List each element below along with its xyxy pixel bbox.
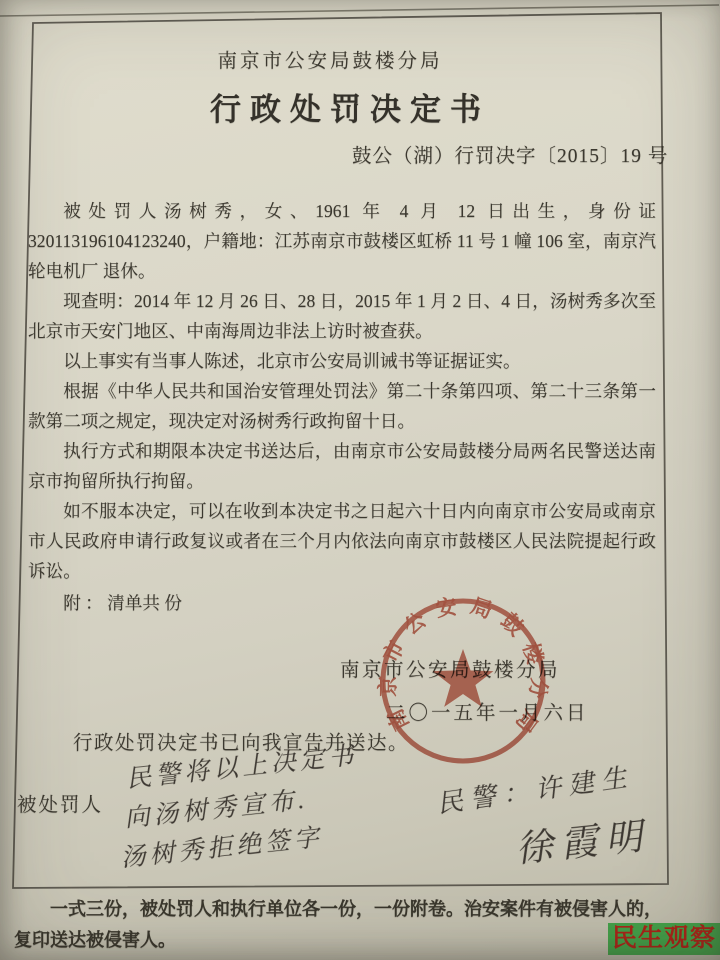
doc-number: 鼓公（湖）行罚决字〔2015〕19 号 [352, 140, 668, 168]
doc-title: 行政处罚决定书 [0, 84, 700, 129]
body-paragraph-4: 根据《中华人民共和国治安管理处罚法》第二十条第四项、第二十三条第一款第二项之规定… [28, 376, 656, 436]
site-watermark: 民生观察 [608, 923, 720, 955]
seal-star-icon [433, 649, 494, 707]
punished-person-label: 被处罚人 [17, 789, 103, 817]
agency-name: 南京市公安局鼓楼分局 [0, 45, 660, 73]
body-paragraph-2: 现查明：2014 年 12 月 26 日、28 日，2015 年 1 月 2 日… [28, 286, 656, 346]
document-photo: 南京市公安局鼓楼分局 行政处罚决定书 鼓公（湖）行罚决字〔2015〕19 号 被… [0, 0, 720, 960]
attachment-line: 附 ： 清单共 份 [28, 588, 656, 618]
handwritten-note: 民警将以上决定书 向汤树秀宣布. 汤树秀拒绝签字 [125, 736, 368, 877]
body-paragraph-5: 执行方式和期限本决定书送达后，由南京市公安局鼓楼分局两名民警送达南京市拘留所执行… [28, 436, 656, 496]
body-paragraph-1: 被处罚人汤树秀，女、1961 年 4 月 12 日出生，身份证 32011319… [28, 196, 656, 286]
body-paragraph-6: 如不服本决定，可以在收到本决定书之日起六十日内向南京市公安局或南京市人民政府申请… [28, 496, 656, 586]
doc-body: 被处罚人汤树秀，女、1961 年 4 月 12 日出生，身份证 32011319… [28, 196, 656, 618]
footer-note: 一式三份，被处罚人和执行单位各一份，一份附卷。治安案件有被侵害人的，复印送达被侵… [14, 894, 669, 956]
body-paragraph-3: 以上事实有当事人陈述，北京市公安局训诫书等证据证实。 [28, 346, 656, 376]
